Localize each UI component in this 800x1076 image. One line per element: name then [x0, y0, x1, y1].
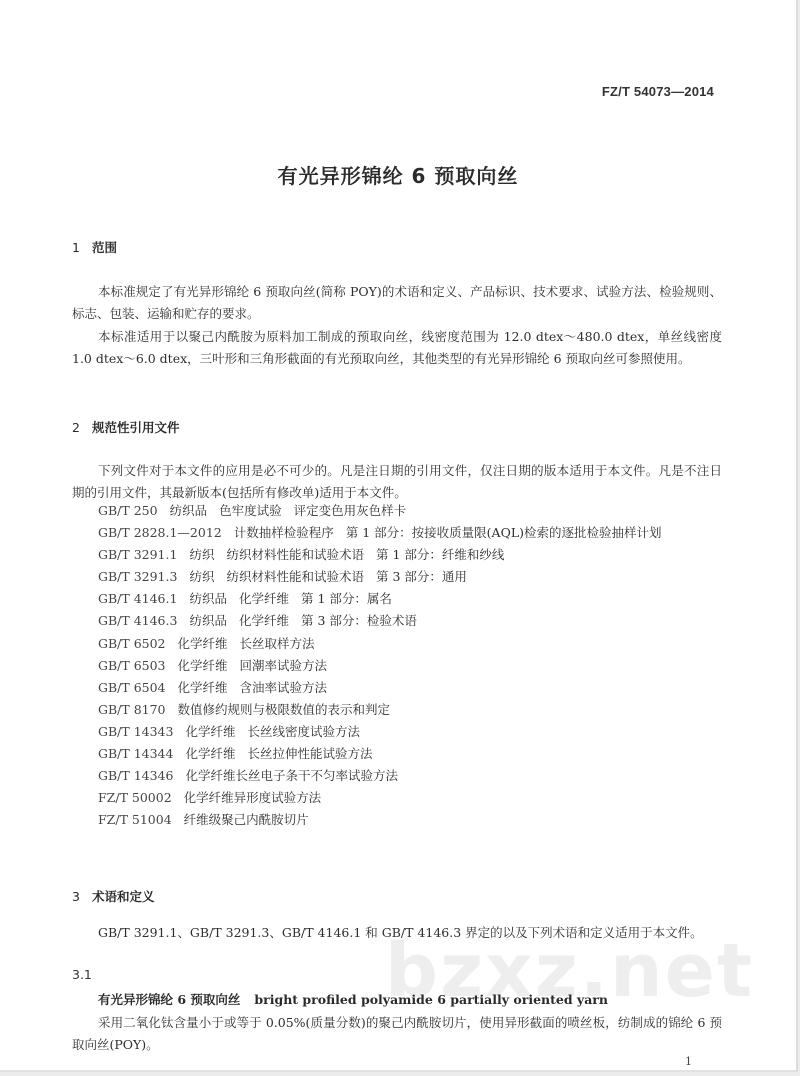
- reference-code: GB/T 250: [98, 503, 158, 518]
- reference-item: GB/T 2828.1—2012计数抽样检验程序第 1 部分：按接收质量限(AQ…: [72, 522, 722, 544]
- terms-intro: GB/T 3291.1、GB/T 3291.3、GB/T 4146.1 和 GB…: [72, 922, 722, 944]
- section-number: 3: [72, 889, 92, 904]
- reference-code: GB/T 2828.1—2012: [98, 525, 222, 540]
- section-title: 范围: [92, 240, 117, 255]
- reference-item: GB/T 6504化学纤维含油率试验方法: [72, 677, 722, 699]
- term-english: bright profiled polyamide 6 partially or…: [254, 992, 608, 1007]
- reference-code: GB/T 6502: [98, 636, 166, 651]
- reference-item: GB/T 250纺织品色牢度试验评定变色用灰色样卡: [72, 500, 722, 522]
- references-intro: 下列文件对于本文件的应用是必不可少的。凡是注日期的引用文件，仅注日期的版本适用于…: [72, 460, 722, 504]
- reference-item: GB/T 4146.1纺织品化学纤维第 1 部分：属名: [72, 588, 722, 610]
- reference-code: GB/T 6504: [98, 680, 166, 695]
- reference-code: FZ/T 51004: [98, 812, 172, 827]
- reference-code: GB/T 3291.3: [98, 569, 177, 584]
- section-heading-terms: 3术语和定义: [72, 887, 155, 905]
- reference-list: GB/T 250纺织品色牢度试验评定变色用灰色样卡 GB/T 2828.1—20…: [72, 500, 722, 831]
- reference-item: GB/T 3291.1纺织纺织材料性能和试验术语第 1 部分：纤维和纱线: [72, 544, 722, 566]
- standard-code: FZ/T 54073—2014: [602, 84, 714, 99]
- reference-item: GB/T 8170数值修约规则与极限数值的表示和判定: [72, 699, 722, 721]
- section-number: 1: [72, 240, 92, 255]
- reference-code: GB/T 14343: [98, 724, 173, 739]
- reference-item: GB/T 4146.3纺织品化学纤维第 3 部分：检验术语: [72, 610, 722, 632]
- reference-code: FZ/T 50002: [98, 790, 172, 805]
- section-heading-normative-references: 2规范性引用文件: [72, 418, 180, 436]
- term-chinese: 有光异形锦纶 6 预取向丝: [98, 992, 240, 1007]
- reference-item: GB/T 14346化学纤维长丝电子条干不匀率试验方法: [72, 765, 722, 787]
- reference-code: GB/T 4146.1: [98, 591, 177, 606]
- section-title: 术语和定义: [92, 889, 155, 904]
- reference-code: GB/T 3291.1: [98, 547, 177, 562]
- reference-item: GB/T 14343化学纤维长丝线密度试验方法: [72, 721, 722, 743]
- reference-code: GB/T 14344: [98, 746, 173, 761]
- reference-code: GB/T 8170: [98, 702, 166, 717]
- scope-paragraph-2: 本标准适用于以聚己内酰胺为原料加工制成的预取向丝，线密度范围为 12.0 dte…: [72, 326, 722, 370]
- section-number: 2: [72, 420, 92, 435]
- reference-item: GB/T 6502化学纤维长丝取样方法: [72, 633, 722, 655]
- document-page: bzxz.net FZ/T 54073—2014 有光异形锦纶 6 预取向丝 1…: [0, 0, 798, 1072]
- reference-item: FZ/T 50002化学纤维异形度试验方法: [72, 787, 722, 809]
- section-title: 规范性引用文件: [92, 420, 180, 435]
- reference-item: GB/T 6503化学纤维回潮率试验方法: [72, 655, 722, 677]
- term-definition: 采用二氧化钛含量小于或等于 0.05%(质量分数)的聚己内酰胺切片，使用异形截面…: [72, 1012, 722, 1056]
- reference-code: GB/T 6503: [98, 658, 166, 673]
- section-heading-scope: 1范围: [72, 238, 117, 256]
- reference-item: FZ/T 51004纤维级聚己内酰胺切片: [72, 809, 722, 831]
- scope-paragraph-1: 本标准规定了有光异形锦纶 6 预取向丝(简称 POY)的术语和定义、产品标识、技…: [72, 281, 722, 325]
- reference-code: GB/T 14346: [98, 768, 173, 783]
- clause-number: 3.1: [72, 967, 92, 982]
- page-number: 1: [685, 1055, 692, 1068]
- term-entry: 有光异形锦纶 6 预取向丝bright profiled polyamide 6…: [98, 990, 608, 1008]
- reference-item: GB/T 14344化学纤维长丝拉伸性能试验方法: [72, 743, 722, 765]
- reference-item: GB/T 3291.3纺织纺织材料性能和试验术语第 3 部分：通用: [72, 566, 722, 588]
- document-title: 有光异形锦纶 6 预取向丝: [0, 160, 796, 189]
- reference-code: GB/T 4146.3: [98, 613, 177, 628]
